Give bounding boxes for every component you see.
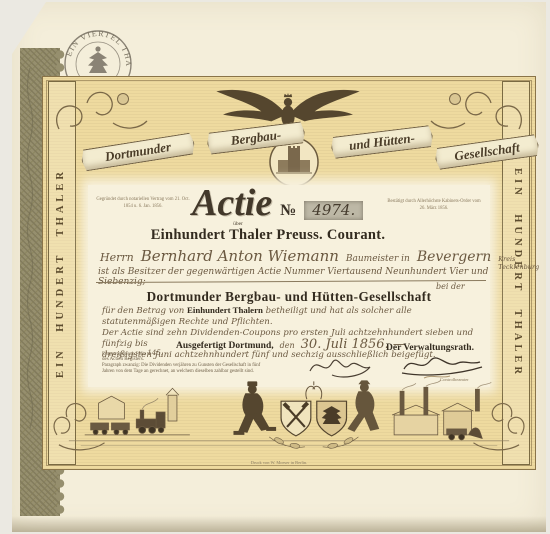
ornament-between-shields xyxy=(306,381,322,399)
body-l1-pre: für den Betrag von xyxy=(102,306,184,316)
certificate-number: 4974. xyxy=(312,201,355,219)
certificate-scan: EIN VIERTEL THALER 7½ GR. EIN HUNDERT TH… xyxy=(0,0,550,534)
miner-figure-left xyxy=(233,381,276,435)
certificate-number-box: 4974. xyxy=(304,201,363,220)
side-value-text-left: EIN HUNDERT THALER xyxy=(49,123,73,423)
printer-credit: Druck von W. Moeser in Berlin. xyxy=(12,460,546,465)
holder-district: Kreis Tecklenburg xyxy=(498,256,539,272)
miner-figure-right xyxy=(348,380,380,432)
paragraph-note: Paragraph zwanzig: Die Dividenden verjäh… xyxy=(102,363,264,376)
confirmation-note: Bestätigt durch Allerhöchste Kabinets-Or… xyxy=(384,199,484,213)
holder-line2: ist als Besitzer der gegenwärtigen Actie… xyxy=(98,267,490,287)
body-l1-bold: Einhundert Thalern xyxy=(187,305,263,315)
holder-prefix: Herrn xyxy=(100,251,134,264)
issue-den: den xyxy=(280,341,295,350)
holder-occupation: Baumeister in xyxy=(346,254,410,264)
scroll-ornament-right xyxy=(473,404,524,450)
engraved-panel: EIN HUNDERT THALER EIN HUNDERT THALER xyxy=(42,76,536,470)
oak-leaves xyxy=(269,436,358,449)
denomination-line: Einhundert Thaler Preuss. Courant. xyxy=(118,227,418,244)
industrial-vignette xyxy=(51,379,527,463)
document-title: Actie xyxy=(192,181,272,225)
train-vignette xyxy=(85,388,190,435)
issue-place: Ausgefertigt Dortmund, xyxy=(176,341,274,351)
scan-bottom-shadow xyxy=(12,516,546,532)
stamp-eagle-icon xyxy=(88,46,108,73)
banner-text-2: Bergbau- xyxy=(230,127,282,148)
scroll-ornament-top-right xyxy=(427,83,527,137)
holder-city: Bevergern xyxy=(417,249,491,265)
shield-crossed-tools xyxy=(281,401,311,436)
certificate-paper: EIN VIERTEL THALER 7½ GR. EIN HUNDERT TH… xyxy=(12,2,546,532)
banner-ribbon-1: Dortmunder xyxy=(80,132,196,172)
register-note: Eingetragen sub Folio 145. des Actien Re… xyxy=(102,349,163,362)
banner-text-1: Dortmunder xyxy=(104,139,172,164)
title-row: Actie № 4974. xyxy=(192,181,363,225)
number-sign: № xyxy=(280,202,296,220)
factory-vignette xyxy=(392,380,491,440)
side-value-text-right: EIN HUNDERT THALER xyxy=(505,123,529,423)
company-name: Dortmunder Bergbau- und Hütten-Gesellsch… xyxy=(88,289,490,305)
holder-name: Bernhard Anton Wiemann xyxy=(141,247,339,265)
shield-eagle xyxy=(317,401,347,436)
founding-note: Gegründet durch notariellen Vertrag vom … xyxy=(96,197,190,211)
register-l2: des Actien Registers. xyxy=(102,357,144,362)
register-folio: 145. xyxy=(147,349,163,357)
scroll-ornament-top-left xyxy=(51,83,151,137)
text-field: Gegründet durch notariellen Vertrag vom … xyxy=(88,185,490,387)
